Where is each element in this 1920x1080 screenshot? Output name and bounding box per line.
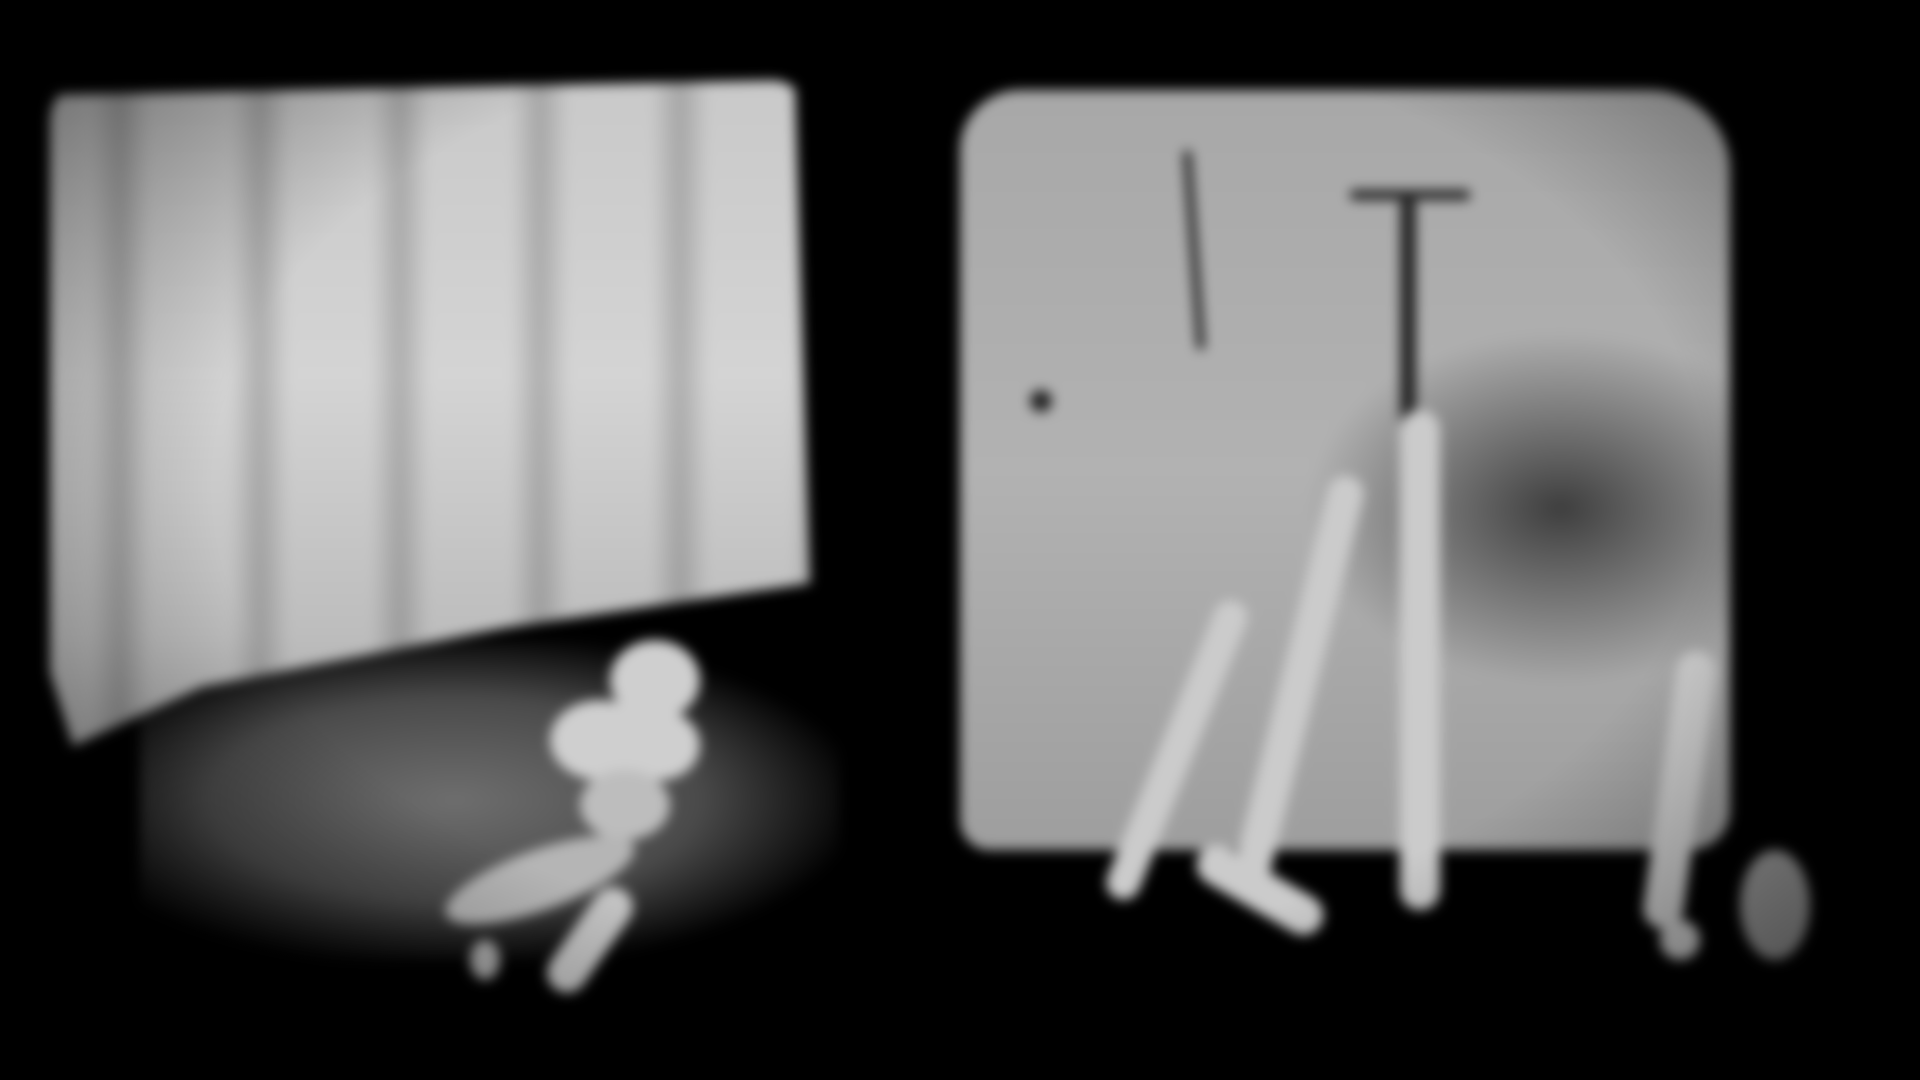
spot	[1030, 390, 1052, 412]
right-panel-wall-scene	[960, 90, 1830, 1010]
stained-wall	[960, 90, 1730, 850]
crouching-figure	[550, 600, 810, 1000]
chalk-dot	[1660, 920, 1700, 960]
scratch-mark	[1183, 150, 1205, 350]
chalk-stroke	[1400, 410, 1440, 910]
film-frame	[0, 0, 1920, 1080]
chalk-blob	[1740, 850, 1810, 960]
left-panel-curtain-scene	[50, 80, 810, 980]
dark-crossbar	[1350, 190, 1470, 200]
